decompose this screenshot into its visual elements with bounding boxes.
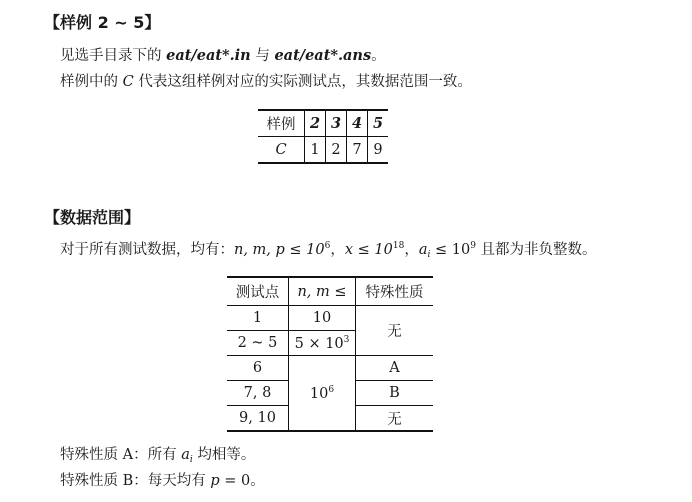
tests-cell: 6 [227, 356, 289, 381]
math-var: a [181, 447, 190, 463]
tests-cell: 9, 10 [227, 406, 289, 432]
header-cell: 4 [347, 110, 368, 137]
nm-cell: 10 [289, 306, 356, 331]
math-constraint: ≤ 10 [430, 242, 470, 258]
table-row: 1 10 无 [227, 306, 433, 331]
header-cell: n, m ≤ [289, 277, 356, 306]
text: 与 [251, 48, 275, 64]
header-cell: 2 [305, 110, 326, 137]
property-cell: 无 [356, 406, 434, 432]
text: ， [404, 242, 419, 258]
table-cell: 2 [326, 137, 347, 164]
table-cell: 9 [368, 137, 389, 164]
sample-table-header-row: 样例 2 3 4 5 [258, 110, 388, 137]
range-heading: 【数据范围】 [44, 205, 140, 228]
text: 对于所有测试数据，均有： [60, 242, 234, 258]
sample-table: 样例 2 3 4 5 C 1 2 7 9 [258, 109, 388, 164]
math-var-c: C [123, 74, 134, 90]
math-var: p [210, 473, 219, 489]
constraints-statement: 对于所有测试数据，均有：n, m, p ≤ 106，x ≤ 1018，ai ≤ … [60, 238, 597, 260]
text: 且都为非负整数。 [476, 242, 597, 258]
tests-cell: 1 [227, 306, 289, 331]
text: 。 [371, 48, 386, 64]
text: 特殊性质 A：所有 [60, 447, 181, 463]
row-label: C [258, 137, 305, 164]
property-cell: B [356, 381, 434, 406]
exponent: 6 [328, 385, 334, 395]
exponent: 3 [344, 335, 350, 345]
table-cell: 1 [305, 137, 326, 164]
math-constraint: n, m, p ≤ 10 [234, 242, 325, 258]
nm-cell: 5 × 103 [289, 331, 356, 356]
text: ， [330, 242, 345, 258]
header-cell: 5 [368, 110, 389, 137]
input-file-name: eat/eat*.in [166, 47, 251, 64]
property-a-note: 特殊性质 A：所有 ai 均相等。 [60, 443, 255, 465]
text: 特殊性质 B：每天均有 [60, 473, 210, 489]
table-row: 6 106 A [227, 356, 433, 381]
sample-table-row: C 1 2 7 9 [258, 137, 388, 164]
nm-value: 10 [310, 386, 328, 402]
nm-cell: 106 [289, 356, 356, 432]
header-cell: 3 [326, 110, 347, 137]
header-cell: 特殊性质 [356, 277, 434, 306]
header-cell: 测试点 [227, 277, 289, 306]
range-table-header-row: 测试点 n, m ≤ 特殊性质 [227, 277, 433, 306]
text: 代表这组样例对应的实际测试点，其数据范围一致。 [134, 74, 472, 90]
property-b-note: 特殊性质 B：每天均有 p = 0。 [60, 469, 265, 490]
sample-file-line: 见选手目录下的 eat/eat*.in 与 eat/eat*.ans。 [60, 44, 386, 65]
sample-note-line: 样例中的 C 代表这组样例对应的实际测试点，其数据范围一致。 [60, 70, 472, 91]
text: 见选手目录下的 [60, 48, 166, 64]
text: = 0。 [220, 473, 265, 489]
sample-heading: 【样例 2 ~ 5】 [44, 10, 160, 33]
exponent: 18 [393, 241, 404, 251]
header-cell: 样例 [258, 110, 305, 137]
data-range-table: 测试点 n, m ≤ 特殊性质 1 10 无 2 ~ 5 5 × 103 6 1… [227, 276, 433, 432]
math-constraint: x ≤ 10 [345, 242, 393, 258]
tests-cell: 7, 8 [227, 381, 289, 406]
answer-file-name: eat/eat*.ans [274, 47, 371, 64]
nm-value: 5 × 10 [295, 336, 344, 352]
text: 样例中的 [60, 74, 123, 90]
property-cell: 无 [356, 306, 434, 356]
table-cell: 7 [347, 137, 368, 164]
property-cell: A [356, 356, 434, 381]
tests-cell: 2 ~ 5 [227, 331, 289, 356]
text: 均相等。 [193, 447, 256, 463]
